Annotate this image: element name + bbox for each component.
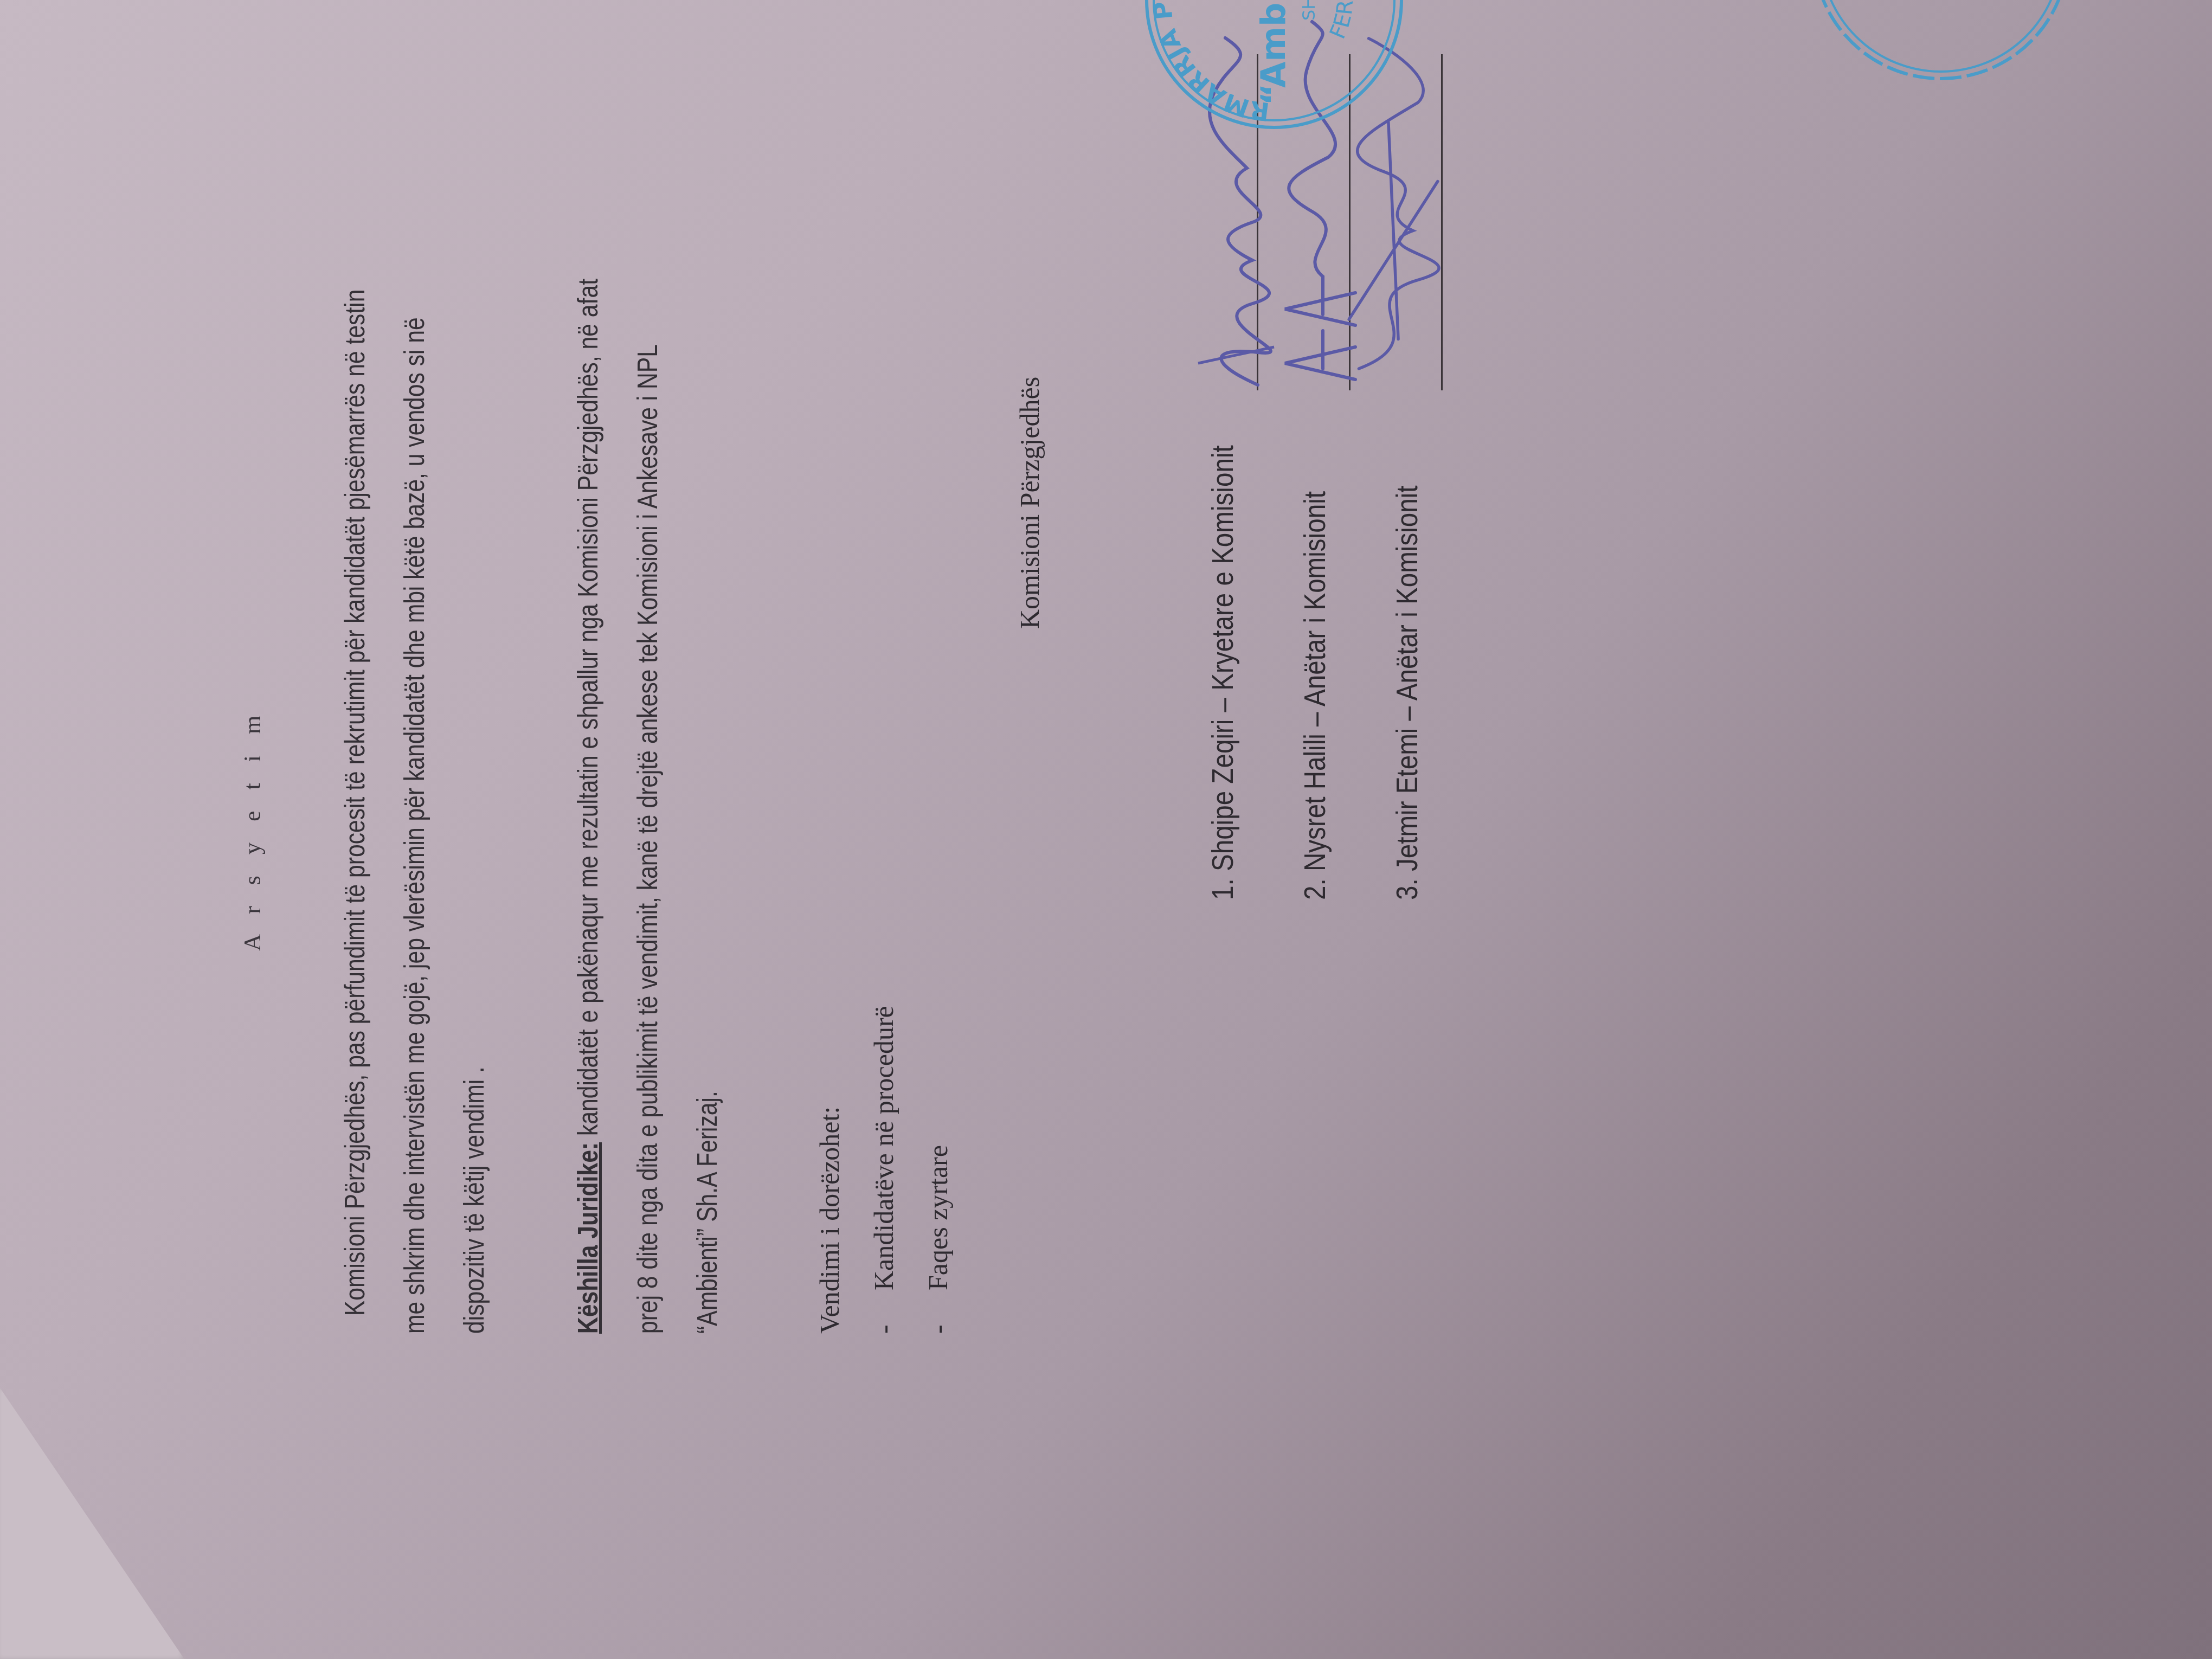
svg-text:FERIZAJ: FERIZAJ (1325, 0, 1358, 42)
commission-members: 1. Shqipe Zeqiri – Kryetare e Komisionit… (1176, 445, 1453, 900)
paragraph-line: dispozitiv të këtij vendimi . (445, 9, 504, 1334)
paragraph-line: “Ambienti” Sh.A Ferizaj. (678, 9, 737, 1334)
delivery-section: Vendimi i dorëzohet: Kandidatëve në proc… (802, 1006, 965, 1334)
partial-stamp-icon: BLIKE LOKALE nti” (1805, 0, 2076, 87)
legal-advice-paragraph: Këshilla Juridike: kandidatët e pakënaqu… (558, 9, 737, 1334)
document-page: A r s y e t i m Komisioni Përzgjedhës, p… (0, 0, 2212, 1659)
reasoning-paragraph: Komisioni Përzgjedhës, pas përfundimit t… (325, 9, 504, 1334)
commission-title: Komisioni Përzgjedhës (1014, 377, 1045, 629)
company-stamp-icon: NDËRMARRJA PUBLIKE LOKALE FERIZAJ “Ambie… (1139, 0, 1410, 136)
legal-advice-label: Këshilla Juridike: (573, 1142, 604, 1334)
section-heading: A r s y e t i m (239, 0, 266, 1659)
paragraph-line: prej 8 dite nga dita e publikimit të ven… (618, 9, 678, 1334)
member-line: 2. Nysret Halili – Anëtar i Komisionit (1269, 445, 1361, 900)
svg-text:SH.A: SH.A (1298, 0, 1319, 21)
svg-text:“Ambienti”: “Ambienti” (1253, 0, 1293, 105)
paragraph-line: me shkrim dhe intervistën me gojë, jep v… (385, 9, 445, 1334)
recipient-item: Kandidatëve në procedurë (857, 1006, 911, 1334)
paragraph-line: kandidatët e pakënaqur me rezultatin e s… (573, 279, 604, 1142)
recipient-list: Kandidatëve në procedurë Faqes zyrtare (857, 1006, 965, 1334)
member-line: 3. Jetmir Etemi – Anëtar i Komisionit (1361, 445, 1453, 900)
paragraph-line: Komisioni Përzgjedhës, pas përfundimit t… (325, 9, 385, 1334)
delivery-title: Vendimi i dorëzohet: (802, 1006, 857, 1334)
recipient-item: Faqes zyrtare (911, 1006, 965, 1334)
member-line: 1. Shqipe Zeqiri – Kryetare e Komisionit (1176, 445, 1269, 900)
